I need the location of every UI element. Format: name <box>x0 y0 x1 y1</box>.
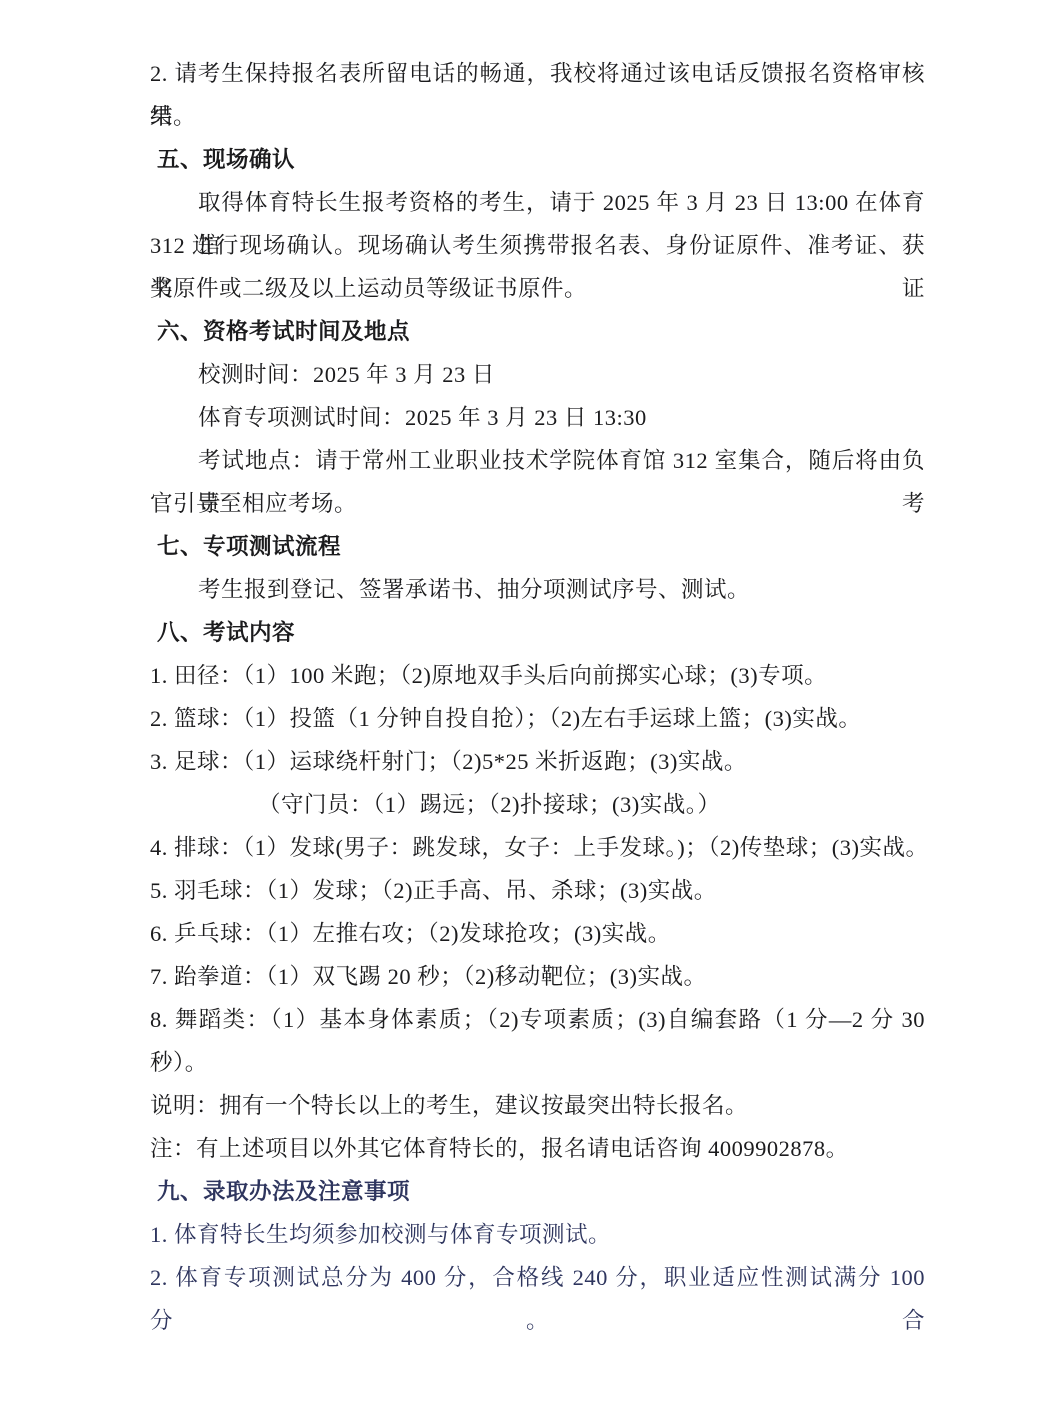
item-basketball: 2. 篮球：（1）投篮（1 分钟自投自抢）；（2)左右手运球上篮；(3)实战。 <box>150 697 925 740</box>
para-note-phone: 注：有上述项目以外其它体育特长的，报名请电话咨询 4009902878。 <box>150 1127 925 1170</box>
item-dance-line1: 8. 舞蹈类：（1）基本身体素质；（2)专项素质；(3)自编套路（1 分—2 分… <box>150 998 925 1041</box>
heading-exam-time-place: 六、资格考试时间及地点 <box>150 310 925 353</box>
heading-admission-rules: 九、录取办法及注意事项 <box>150 1170 925 1213</box>
para-note-specialty: 说明：拥有一个特长以上的考生，建议按最突出特长报名。 <box>150 1084 925 1127</box>
para-school-test-time: 校测时间：2025 年 3 月 23 日 <box>150 353 925 396</box>
item-admission-1: 1. 体育特长生均须参加校测与体育专项测试。 <box>150 1213 925 1256</box>
item-dance-line2: 秒）。 <box>150 1041 925 1084</box>
heading-exam-content: 八、考试内容 <box>150 611 925 654</box>
item-football: 3. 足球：（1）运球绕杆射门；（2)5*25 米折返跑；(3)实战。 <box>150 740 925 783</box>
para-test-procedure: 考生报到登记、签署承诺书、抽分项测试序号、测试。 <box>150 568 925 611</box>
item-track-field: 1. 田径：（1）100 米跑；（2)原地双手头后向前掷实心球；(3)专项。 <box>150 654 925 697</box>
para-phone-notice-line2: 果。 <box>150 95 925 138</box>
para-exam-location-line1: 考试地点：请于常州工业职业技术学院体育馆 312 室集合，随后将由负责考 <box>150 439 925 482</box>
document-page: 2. 请考生保持报名表所留电话的畅通，我校将通过该电话反馈报名资格审核结 果。 … <box>150 52 925 1299</box>
heading-onsite-confirmation: 五、现场确认 <box>150 138 925 181</box>
heading-test-procedure: 七、专项测试流程 <box>150 525 925 568</box>
para-onsite-line2: 312 进行现场确认。现场确认考生须携带报名表、身份证原件、准考证、获奖证 <box>150 224 925 267</box>
para-phone-notice-line1: 2. 请考生保持报名表所留电话的畅通，我校将通过该电话反馈报名资格审核结 <box>150 52 925 95</box>
item-goalkeeper: （守门员：（1）踢远；（2)扑接球；(3)实战。） <box>150 783 925 826</box>
item-taekwondo: 7. 跆拳道：（1）双飞踢 20 秒；（2)移动靶位；(3)实战。 <box>150 955 925 998</box>
item-admission-2: 2. 体育专项测试总分为 400 分，合格线 240 分，职业适应性测试满分 1… <box>150 1256 925 1299</box>
item-table-tennis: 6. 乒乓球：（1）左推右攻；（2)发球抢攻；(3)实战。 <box>150 912 925 955</box>
item-volleyball: 4. 排球：（1）发球(男子：跳发球，女子：上手发球。)；（2)传垫球；(3)实… <box>150 826 925 869</box>
item-badminton: 5. 羽毛球：（1）发球；（2)正手高、吊、杀球；(3)实战。 <box>150 869 925 912</box>
para-sports-test-time: 体育专项测试时间：2025 年 3 月 23 日 13:30 <box>150 396 925 439</box>
para-onsite-line1: 取得体育特长生报考资格的考生，请于 2025 年 3 月 23 日 13:00 … <box>150 181 925 224</box>
